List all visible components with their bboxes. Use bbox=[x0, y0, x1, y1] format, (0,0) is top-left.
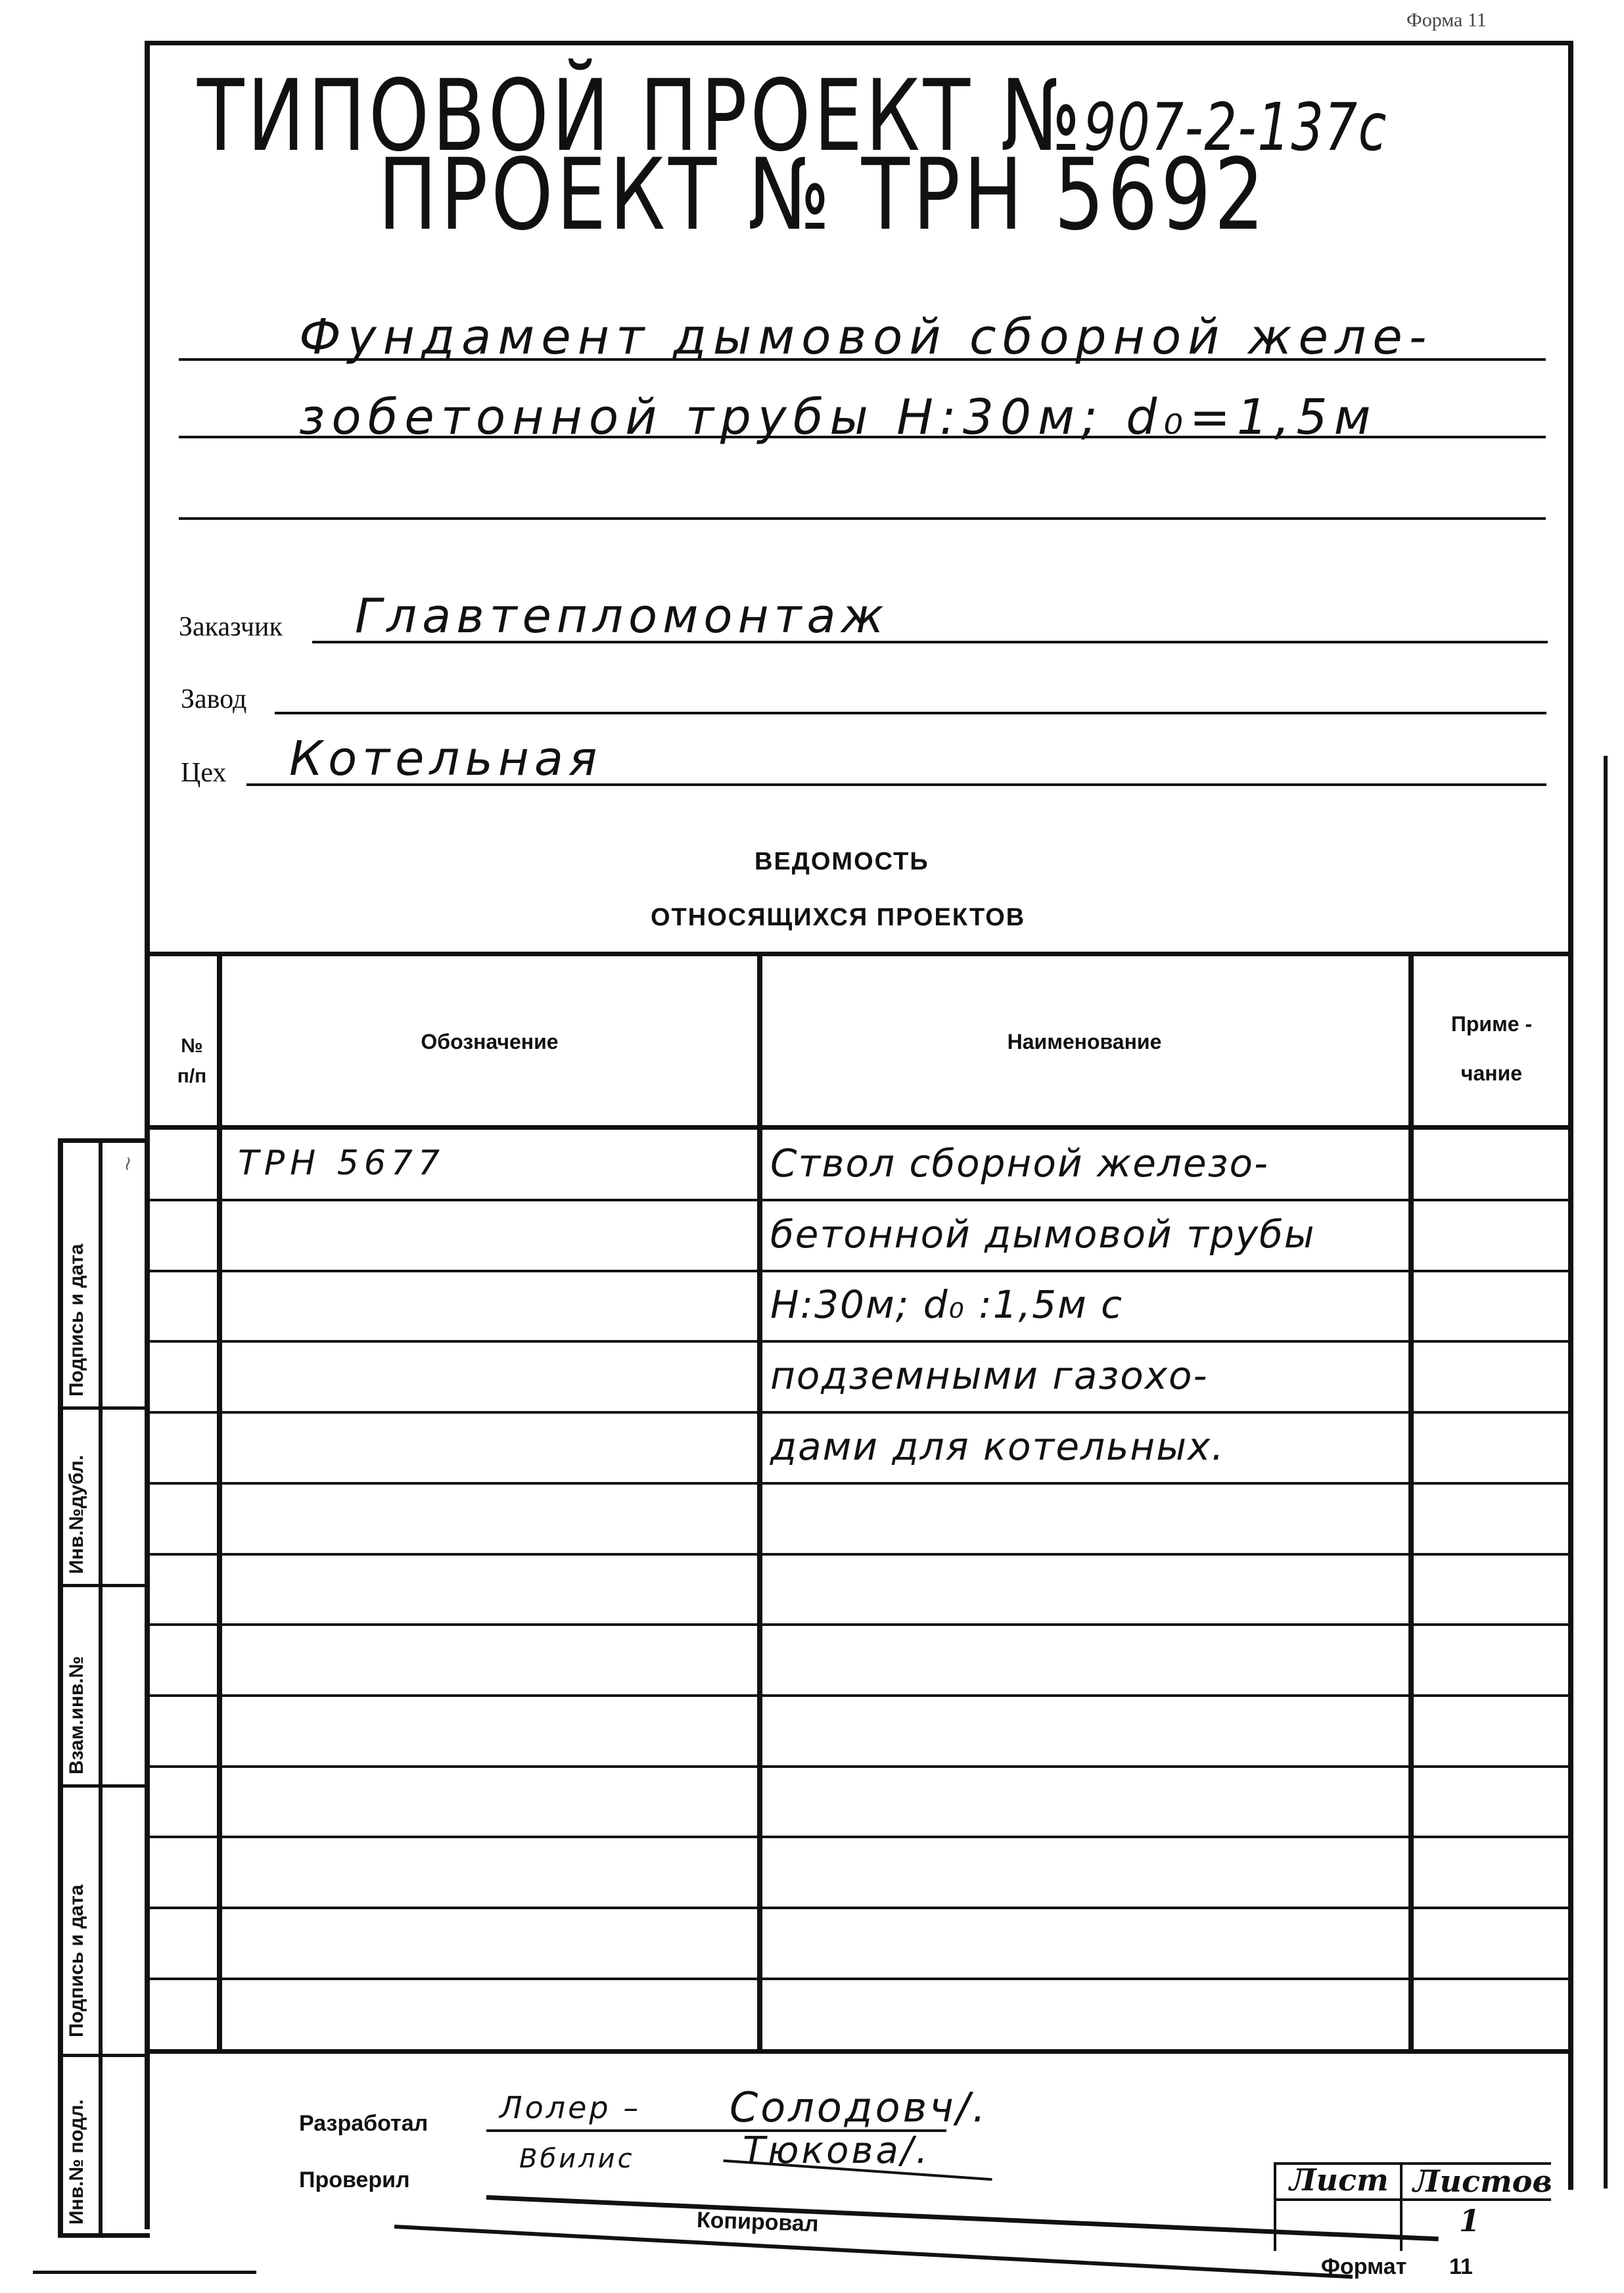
sheet-label: Лист bbox=[1289, 2162, 1389, 2198]
col-header-designation: Обозначение bbox=[223, 1030, 756, 1054]
table-row: дами для котельных. bbox=[146, 1412, 1572, 1483]
plant-underline bbox=[275, 712, 1546, 714]
title-line2-prefix: ПРОЕКТ № bbox=[378, 138, 833, 252]
checked-signature: Вбилис bbox=[519, 2144, 635, 2174]
sheet-box-divider bbox=[1400, 2162, 1403, 2251]
customer-underline bbox=[312, 641, 1548, 643]
sheets-value: 1 bbox=[1459, 2203, 1480, 2238]
bottom-stub-line bbox=[33, 2271, 256, 2274]
checked-label: Проверил bbox=[299, 2167, 410, 2193]
cell-designation: ТРН 5677 bbox=[238, 1144, 764, 1183]
list-title-line2: ОТНОСЯЩИХСЯ ПРОЕКТОВ bbox=[651, 904, 1025, 932]
side-stamp-outer-border bbox=[58, 1140, 63, 2235]
side-stamp-div3 bbox=[58, 1784, 150, 1788]
table-row bbox=[146, 1554, 1572, 1625]
table-row bbox=[146, 1766, 1572, 1837]
side-stamp-div2 bbox=[58, 1584, 150, 1587]
description-underline3 bbox=[179, 517, 1546, 520]
customer-value: Главтепломонтаж bbox=[355, 588, 889, 643]
description-line1: Фундамент дымовой сборной желе- bbox=[299, 309, 1433, 365]
cell-name: дами для котельных. bbox=[770, 1424, 1421, 1469]
description-underline1 bbox=[179, 358, 1546, 361]
format-label: Формат bbox=[1321, 2254, 1406, 2280]
description-underline2 bbox=[179, 436, 1546, 438]
shop-label: Цех bbox=[181, 757, 226, 789]
shop-underline bbox=[246, 783, 1546, 786]
copied-top-line bbox=[486, 2195, 1439, 2241]
side-stamp-bottom bbox=[58, 2233, 150, 2238]
table-bottom-border bbox=[146, 2049, 1572, 2054]
cell-name: подземными газохо- bbox=[770, 1353, 1421, 1398]
developed-signature: Лолер – bbox=[499, 2090, 641, 2125]
side-stamp-div1 bbox=[58, 1406, 150, 1410]
table-row bbox=[146, 1978, 1572, 2049]
side-stamp-top bbox=[58, 1138, 150, 1143]
table-row: подземными газохо- bbox=[146, 1341, 1572, 1412]
cell-name: Ствол сборной железо- bbox=[770, 1141, 1421, 1186]
table-row: бетонной дымовой трубы bbox=[146, 1200, 1572, 1271]
list-title-line1: ВЕДОМОСТЬ bbox=[754, 848, 929, 876]
side-label-orig-inv: Инв.№ подл. bbox=[66, 2099, 88, 2225]
copied-label: Копировал bbox=[696, 2208, 819, 2237]
col-header-num: № п/п bbox=[172, 1035, 212, 1088]
cell-name: бетонной дымовой трубы bbox=[770, 1212, 1421, 1257]
form-stamp: Форма 11 bbox=[1406, 9, 1487, 32]
sheet-box-left bbox=[1274, 2162, 1276, 2251]
side-label-replace-inv: Взам.инв.№ bbox=[66, 1656, 88, 1774]
table-row bbox=[146, 1908, 1572, 1979]
sheets-label: Листов bbox=[1413, 2164, 1552, 2199]
side-label-signature-date-1: Подпись и дата bbox=[66, 1244, 88, 1397]
col-header-note: Приме - чание bbox=[1414, 1012, 1569, 1086]
cell-name: Н:30м; d₀ :1,5м с bbox=[770, 1282, 1421, 1327]
developed-value: Солодовч/. bbox=[730, 2083, 988, 2131]
page-edge-line bbox=[1604, 756, 1608, 2189]
side-stamp-inner-border bbox=[99, 1140, 103, 2235]
project-title: ПРОЕКТ № ТРН 5692 bbox=[378, 138, 1268, 252]
title-line2-number: ТРН 5692 bbox=[862, 138, 1268, 252]
plant-label: Завод bbox=[181, 683, 246, 715]
table-row: ТРН 5677Ствол сборной железо- bbox=[146, 1129, 1572, 1200]
table-row bbox=[146, 1625, 1572, 1696]
copied-bottom-line bbox=[394, 2225, 1353, 2279]
side-label-signature-date-2: Подпись и дата bbox=[66, 1885, 88, 2037]
col-header-name: Наименование bbox=[762, 1030, 1406, 1054]
checked-value: Тюкова/. bbox=[743, 2129, 930, 2172]
developed-label: Разработал bbox=[299, 2111, 428, 2137]
format-value: 11 bbox=[1449, 2254, 1473, 2280]
customer-label: Заказчик bbox=[179, 611, 283, 643]
shop-value: Котельная bbox=[289, 731, 602, 786]
table-row bbox=[146, 1483, 1572, 1554]
table-row: Н:30м; d₀ :1,5м с bbox=[146, 1270, 1572, 1341]
side-stamp-handwriting: ~ bbox=[115, 1153, 141, 1174]
table-row bbox=[146, 1837, 1572, 1908]
table-row bbox=[146, 1696, 1572, 1767]
side-label-dup-inv: Инв.№дубл. bbox=[66, 1455, 88, 1574]
table-top-border bbox=[146, 952, 1572, 956]
side-stamp-div4 bbox=[58, 2054, 150, 2057]
frame-top-border bbox=[146, 41, 1573, 45]
